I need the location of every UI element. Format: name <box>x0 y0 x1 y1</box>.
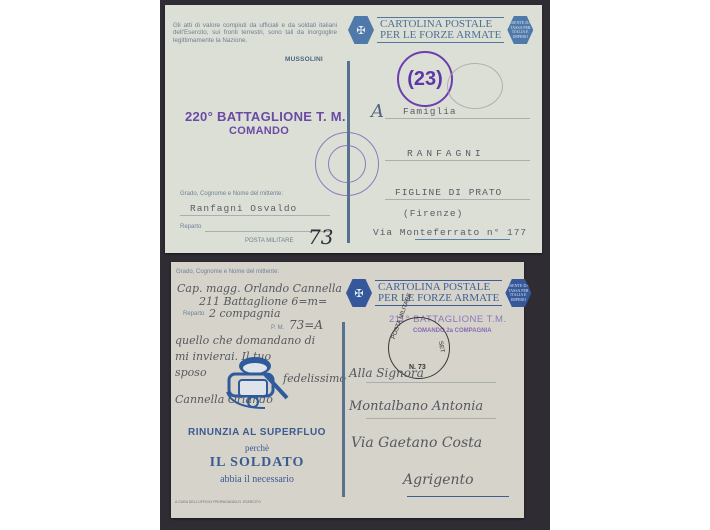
address-line-4: (Firenze) <box>403 208 463 219</box>
unit-stamp-line2: COMANDO <box>229 125 289 137</box>
savoy-shield-icon: ✠ <box>346 279 372 307</box>
reparto-label: Reparto <box>183 311 204 317</box>
address-line-1: Alla Signora <box>349 366 424 380</box>
round-unit-seal <box>315 132 379 196</box>
stamp-title: CARTOLINA POSTALE PER LE FORZE ARMATE <box>377 17 504 43</box>
sender-handwritten-3: 2 compagnia <box>209 307 281 320</box>
postcard-top: Gli atti di valore compiuti da ufficiali… <box>165 5 542 253</box>
postmark-date: SET <box>437 341 445 354</box>
slogan-line-2: perchè <box>181 443 333 453</box>
quote-author: MUSSOLINI <box>285 56 323 63</box>
address-rule-4 <box>407 496 509 497</box>
reparto-label: Reparto <box>180 224 201 230</box>
savoy-shield-icon: ✠ <box>348 16 374 44</box>
soldier-kit-illustration-icon <box>223 352 293 412</box>
address-line-4: Agrigento <box>403 472 474 488</box>
address-line-5: Via Monteferrato n° 177 <box>373 227 527 238</box>
posta-militare-label: POSTA MILITARE <box>245 238 293 244</box>
footer-credit: A CURA DELL'UFFICIO PROPAGANDA R. ESERCI… <box>175 500 261 504</box>
postal-stamp-header: ✠ CARTOLINA POSTALE PER LE FORZE ARMATE … <box>348 16 533 44</box>
slogan-line-1: RINUNZIA AL SUPERFLUO <box>181 427 333 438</box>
sender-name: Ranfagni Osvaldo <box>190 203 297 214</box>
stamp-title: CARTOLINA POSTALE PER LE FORZE ARMATE <box>375 280 502 306</box>
address-rule-3 <box>385 199 530 200</box>
address-rule-5 <box>415 239 510 240</box>
message-line-3: sposo <box>175 366 207 379</box>
address-rule-1 <box>366 382 496 383</box>
address-line-3: Via Gaetano Costa <box>351 435 482 451</box>
faint-postmark <box>447 63 503 109</box>
address-line-2: RANFAGNI <box>407 148 485 159</box>
slogan-line-4: abbia il necessario <box>181 474 333 485</box>
address-rule-2 <box>366 418 496 419</box>
sender-handwritten-1: Cap. magg. Orlando Cannella <box>177 282 342 295</box>
sender-label: Grado, Cognome e Nome del mittente: <box>180 191 283 197</box>
address-line-1: Famiglia <box>403 106 457 117</box>
sender-label: Grado, Cognome e Nome del mittente: <box>176 269 279 275</box>
address-line-2: Montalbano Antonia <box>349 399 483 414</box>
address-rule-2 <box>385 160 530 161</box>
censor-circle-mark: (23) <box>397 51 453 107</box>
slogan-line-3: IL SOLDATO <box>181 455 333 471</box>
postal-stamp-header: ✠ CARTOLINA POSTALE PER LE FORZE ARMATE … <box>346 279 531 307</box>
propaganda-quote: Gli atti di valore compiuti da ufficiali… <box>173 22 337 44</box>
pm-label: P. M. <box>271 325 284 331</box>
address-rule-1 <box>385 118 530 119</box>
message-line-1: quello che domandano di <box>175 334 315 347</box>
pm-value: 73=A <box>289 318 323 332</box>
seal-inner-ring <box>328 145 366 183</box>
unit-stamp-line1: 220° BATTAGLIONE T. M. <box>185 109 346 124</box>
sender-line <box>180 215 330 216</box>
postcard-bottom: Grado, Cognome e Nome del mittente: Cap.… <box>171 262 524 518</box>
posta-militare-number: 73 <box>308 225 333 249</box>
stamp-value-hexagon: ESENTE DA TASSA PER ITALIA E IMPERO <box>505 279 531 307</box>
address-prefix: A <box>371 101 384 122</box>
address-line-3: FIGLINE DI PRATO <box>395 187 502 198</box>
stamp-value-hexagon: ESENTE DA TASSA PER ITALIA E IMPERO <box>507 16 533 44</box>
card-divider <box>342 322 345 497</box>
